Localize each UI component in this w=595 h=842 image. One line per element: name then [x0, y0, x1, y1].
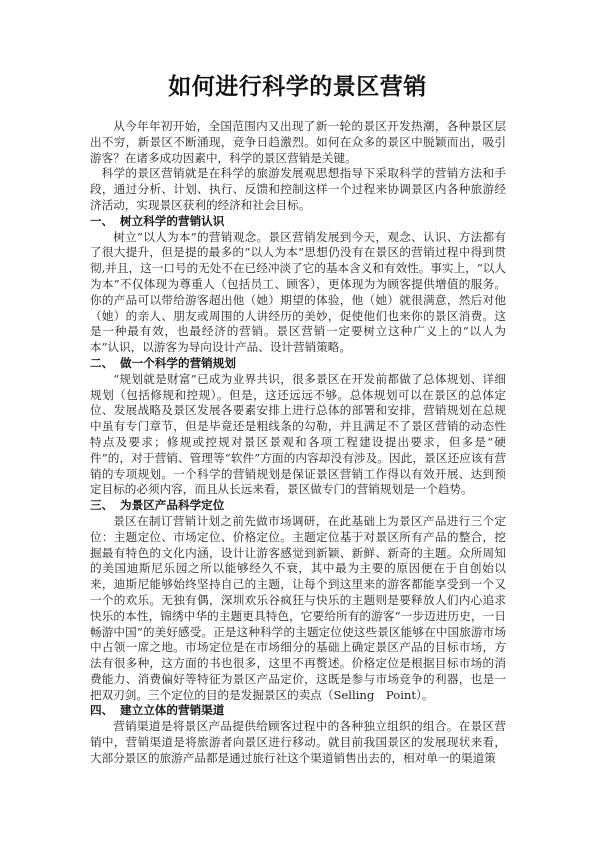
section-number: 四、 — [90, 703, 120, 719]
section-number: 二、 — [90, 356, 120, 372]
document-page: 如何进行科学的景区营销 从今年年初开始，全国范围内又出现了新一轮的景区开发热潮，… — [0, 0, 595, 842]
section-heading-text: 树立科学的营销认识 — [120, 214, 224, 228]
section-heading-text: 做一个科学的营销规划 — [120, 356, 236, 370]
document-body: 从今年年初开始，全国范围内又出现了新一轮的景区开发热潮，各种景区层出不穷，新景区… — [90, 119, 506, 767]
section-paragraph-4: 营销渠道是将景区产品提供给顾客过程中的各种独立组织的组合。在景区营销中，营销渠道… — [90, 719, 506, 766]
section-heading-text: 为景区产品科学定位 — [120, 498, 224, 512]
section-number: 一、 — [90, 214, 120, 230]
section-heading-4: 四、建立立体的营销渠道 — [90, 703, 506, 719]
section-paragraph-1: 树立“以人为本”的营销观念。景区营销发展到今天，观念、认识、方法都有了很大提升，… — [90, 230, 506, 356]
section-heading-1: 一、树立科学的营销认识 — [90, 214, 506, 230]
document-title: 如何进行科学的景区营销 — [0, 72, 595, 102]
intro-paragraph-2: 科学的景区营销就是在科学的旅游发展观思想指导下采取科学的营销方法和手段，通过分析… — [90, 166, 506, 213]
section-paragraph-3: 景区在制订营销计划之前先做市场调研，在此基础上为景区产品进行三个定位：主题定位、… — [90, 514, 506, 704]
section-heading-3: 三、为景区产品科学定位 — [90, 498, 506, 514]
section-paragraph-2: “规划就是财富”已成为业界共识，很多景区在开发前都做了总体规划、详细规划（包括修… — [90, 372, 506, 498]
intro-paragraph-1: 从今年年初开始，全国范围内又出现了新一轮的景区开发热潮，各种景区层出不穷，新景区… — [90, 119, 506, 166]
section-heading-text: 建立立体的营销渠道 — [120, 703, 224, 717]
section-heading-2: 二、做一个科学的营销规划 — [90, 356, 506, 372]
section-number: 三、 — [90, 498, 120, 514]
